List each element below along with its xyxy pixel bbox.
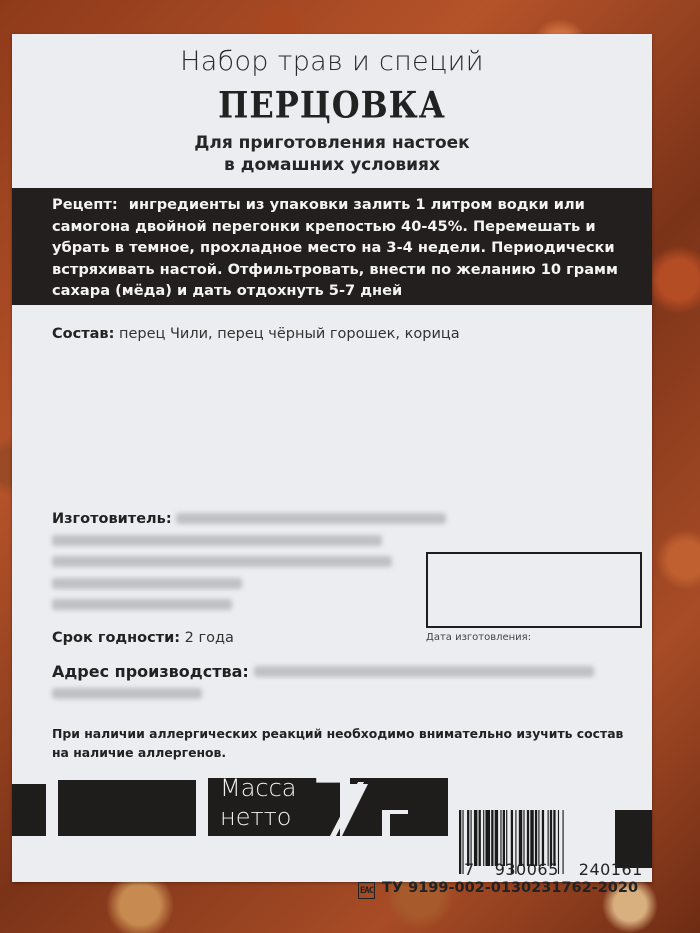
recipe-label: Рецепт: xyxy=(52,196,118,213)
redacted-text xyxy=(52,688,202,699)
composition-label: Состав: xyxy=(52,326,114,342)
production-address-label: Адрес производства: xyxy=(52,662,249,681)
redacted-text xyxy=(52,556,392,567)
redacted-text xyxy=(52,535,382,546)
recipe-line-3: убрать в темное, прохладное место на 3-4… xyxy=(52,237,640,259)
redacted-text xyxy=(52,578,242,589)
production-address: Адрес производства: xyxy=(52,660,594,704)
subtitle-line-2: в домашних условиях xyxy=(12,154,652,176)
recipe-band: Рецепт: ингредиенты из упаковки залить 1… xyxy=(12,188,652,305)
manufacture-date-box xyxy=(426,552,642,628)
decor-block xyxy=(12,784,46,836)
product-subtitle: Для приготовления настоек в домашних усл… xyxy=(12,132,652,176)
redacted-text xyxy=(52,599,232,610)
redacted-text xyxy=(176,513,446,524)
manufacture-date-label: Дата изготовления: xyxy=(426,632,531,643)
decor-block xyxy=(58,780,196,836)
redacted-text xyxy=(254,666,594,677)
barcode-digits: 7930065240161 xyxy=(464,860,663,879)
shelf-life-label: Срок годности: xyxy=(52,630,180,646)
recipe-line-1: Рецепт: ингредиенты из упаковки залить 1… xyxy=(52,194,640,216)
recipe-line-5: сахара (мёда) и дать отдохнуть 5-7 дней xyxy=(52,280,640,302)
recipe-line-4: встряхивать настой. Отфильтровать, внест… xyxy=(52,259,640,281)
composition-value: перец Чили, перец чёрный горошек, корица xyxy=(119,326,460,342)
product-name: ПЕРЦОВКА xyxy=(12,83,652,127)
subtitle-line-1: Для приготовления настоек xyxy=(12,132,652,154)
shelf-life: Срок годности: 2 года xyxy=(52,630,234,646)
recipe-line-2: самогона двойной перегонки крепостью 40-… xyxy=(52,216,640,238)
manufacturer-block: Изготовитель: xyxy=(52,508,446,616)
eac-certification-icon: EAC xyxy=(358,882,375,899)
allergy-warning: При наличии аллергических реакций необхо… xyxy=(52,724,652,762)
product-kicker: Набор трав и специй xyxy=(12,46,652,77)
product-label: Набор трав и специй ПЕРЦОВКА Для пригото… xyxy=(12,34,652,882)
tu-code: ТУ 9199-002-0130231762-2020 xyxy=(382,880,638,896)
net-weight-value-graphic xyxy=(328,774,448,838)
shelf-life-value: 2 года xyxy=(185,630,234,646)
composition: Состав: перец Чили, перец чёрный горошек… xyxy=(52,326,460,342)
manufacturer-label: Изготовитель: xyxy=(52,511,172,527)
